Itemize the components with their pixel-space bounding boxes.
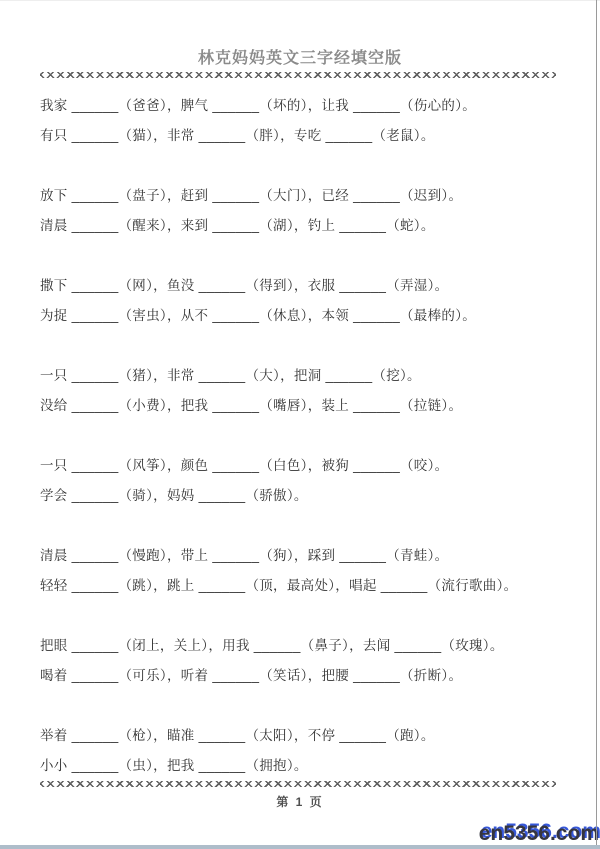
right-edge-line bbox=[596, 0, 597, 849]
worksheet-line: 一只 ______（猪），非常 ______（大），把洞 ______（挖）。 bbox=[40, 361, 580, 391]
worksheet-line: 撒下 ______（网），鱼没 ______（得到），衣服 ______（弄湿）… bbox=[40, 271, 580, 301]
worksheet-line: 小小 ______（虫），把我 ______（拥抱）。 bbox=[40, 751, 580, 781]
page-title: 林克妈妈英文三字经填空版 bbox=[0, 45, 600, 68]
decorative-chain-border-bottom bbox=[40, 781, 556, 787]
worksheet-line: 一只 ______（风筝），颜色 ______（白色），被狗 ______（咬）… bbox=[40, 451, 580, 481]
line-group: 一只 ______（风筝），颜色 ______（白色），被狗 ______（咬）… bbox=[40, 451, 580, 511]
worksheet-line: 举着 ______（枪），瞄准 ______（太阳），不停 ______（跑）。 bbox=[40, 721, 580, 751]
line-group: 举着 ______（枪），瞄准 ______（太阳），不停 ______（跑）。… bbox=[40, 721, 580, 781]
line-group: 放下 ______（盘子），赶到 ______（大门），已经 ______（迟到… bbox=[40, 181, 580, 241]
line-group: 清晨 ______（慢跑），带上 ______（狗），踩到 ______（青蛙）… bbox=[40, 541, 580, 601]
worksheet-line: 有只 ______（猫），非常 ______（胖），专吃 ______（老鼠）。 bbox=[40, 121, 580, 151]
line-group: 把眼 ______（闭上，关上），用我 ______（鼻子），去闻 ______… bbox=[40, 631, 580, 691]
worksheet-line: 清晨 ______（慢跑），带上 ______（狗），踩到 ______（青蛙）… bbox=[40, 541, 580, 571]
worksheet-line: 清晨 ______（醒来），来到 ______（湖），钓上 ______（蛇）。 bbox=[40, 211, 580, 241]
worksheet-line: 学会 ______（骑），妈妈 ______（骄傲）。 bbox=[40, 481, 580, 511]
bottom-edge-band bbox=[0, 845, 600, 849]
line-group: 撒下 ______（网），鱼没 ______（得到），衣服 ______（弄湿）… bbox=[40, 271, 580, 331]
worksheet-line: 放下 ______（盘子），赶到 ______（大门），已经 ______（迟到… bbox=[40, 181, 580, 211]
worksheet-line: 为捉 ______（害虫），从不 ______（休息），本领 ______（最棒… bbox=[40, 301, 580, 331]
line-group: 一只 ______（猪），非常 ______（大），把洞 ______（挖）。没… bbox=[40, 361, 580, 421]
worksheet-line: 喝着 ______（可乐），听着 ______（笑话），把腰 ______（折断… bbox=[40, 661, 580, 691]
worksheet-content: 我家 ______（爸爸），脾气 ______（坏的），让我 ______（伤心… bbox=[0, 78, 600, 781]
watermark: en5356.com bbox=[479, 822, 599, 846]
worksheet-line: 把眼 ______（闭上，关上），用我 ______（鼻子），去闻 ______… bbox=[40, 631, 580, 661]
page-number: 第 1 页 bbox=[0, 793, 600, 810]
worksheet-line: 轻轻 ______（跳），跳上 ______（顶，最高处），唱起 ______（… bbox=[40, 571, 580, 601]
worksheet-line: 我家 ______（爸爸），脾气 ______（坏的），让我 ______（伤心… bbox=[40, 91, 580, 121]
worksheet-line: 没给 ______（小费），把我 ______（嘴唇），装上 ______（拉链… bbox=[40, 391, 580, 421]
line-group: 我家 ______（爸爸），脾气 ______（坏的），让我 ______（伤心… bbox=[40, 91, 580, 151]
document-page: 林克妈妈英文三字经填空版 我家 ______（爸爸），脾气 ______（坏的）… bbox=[0, 0, 600, 849]
